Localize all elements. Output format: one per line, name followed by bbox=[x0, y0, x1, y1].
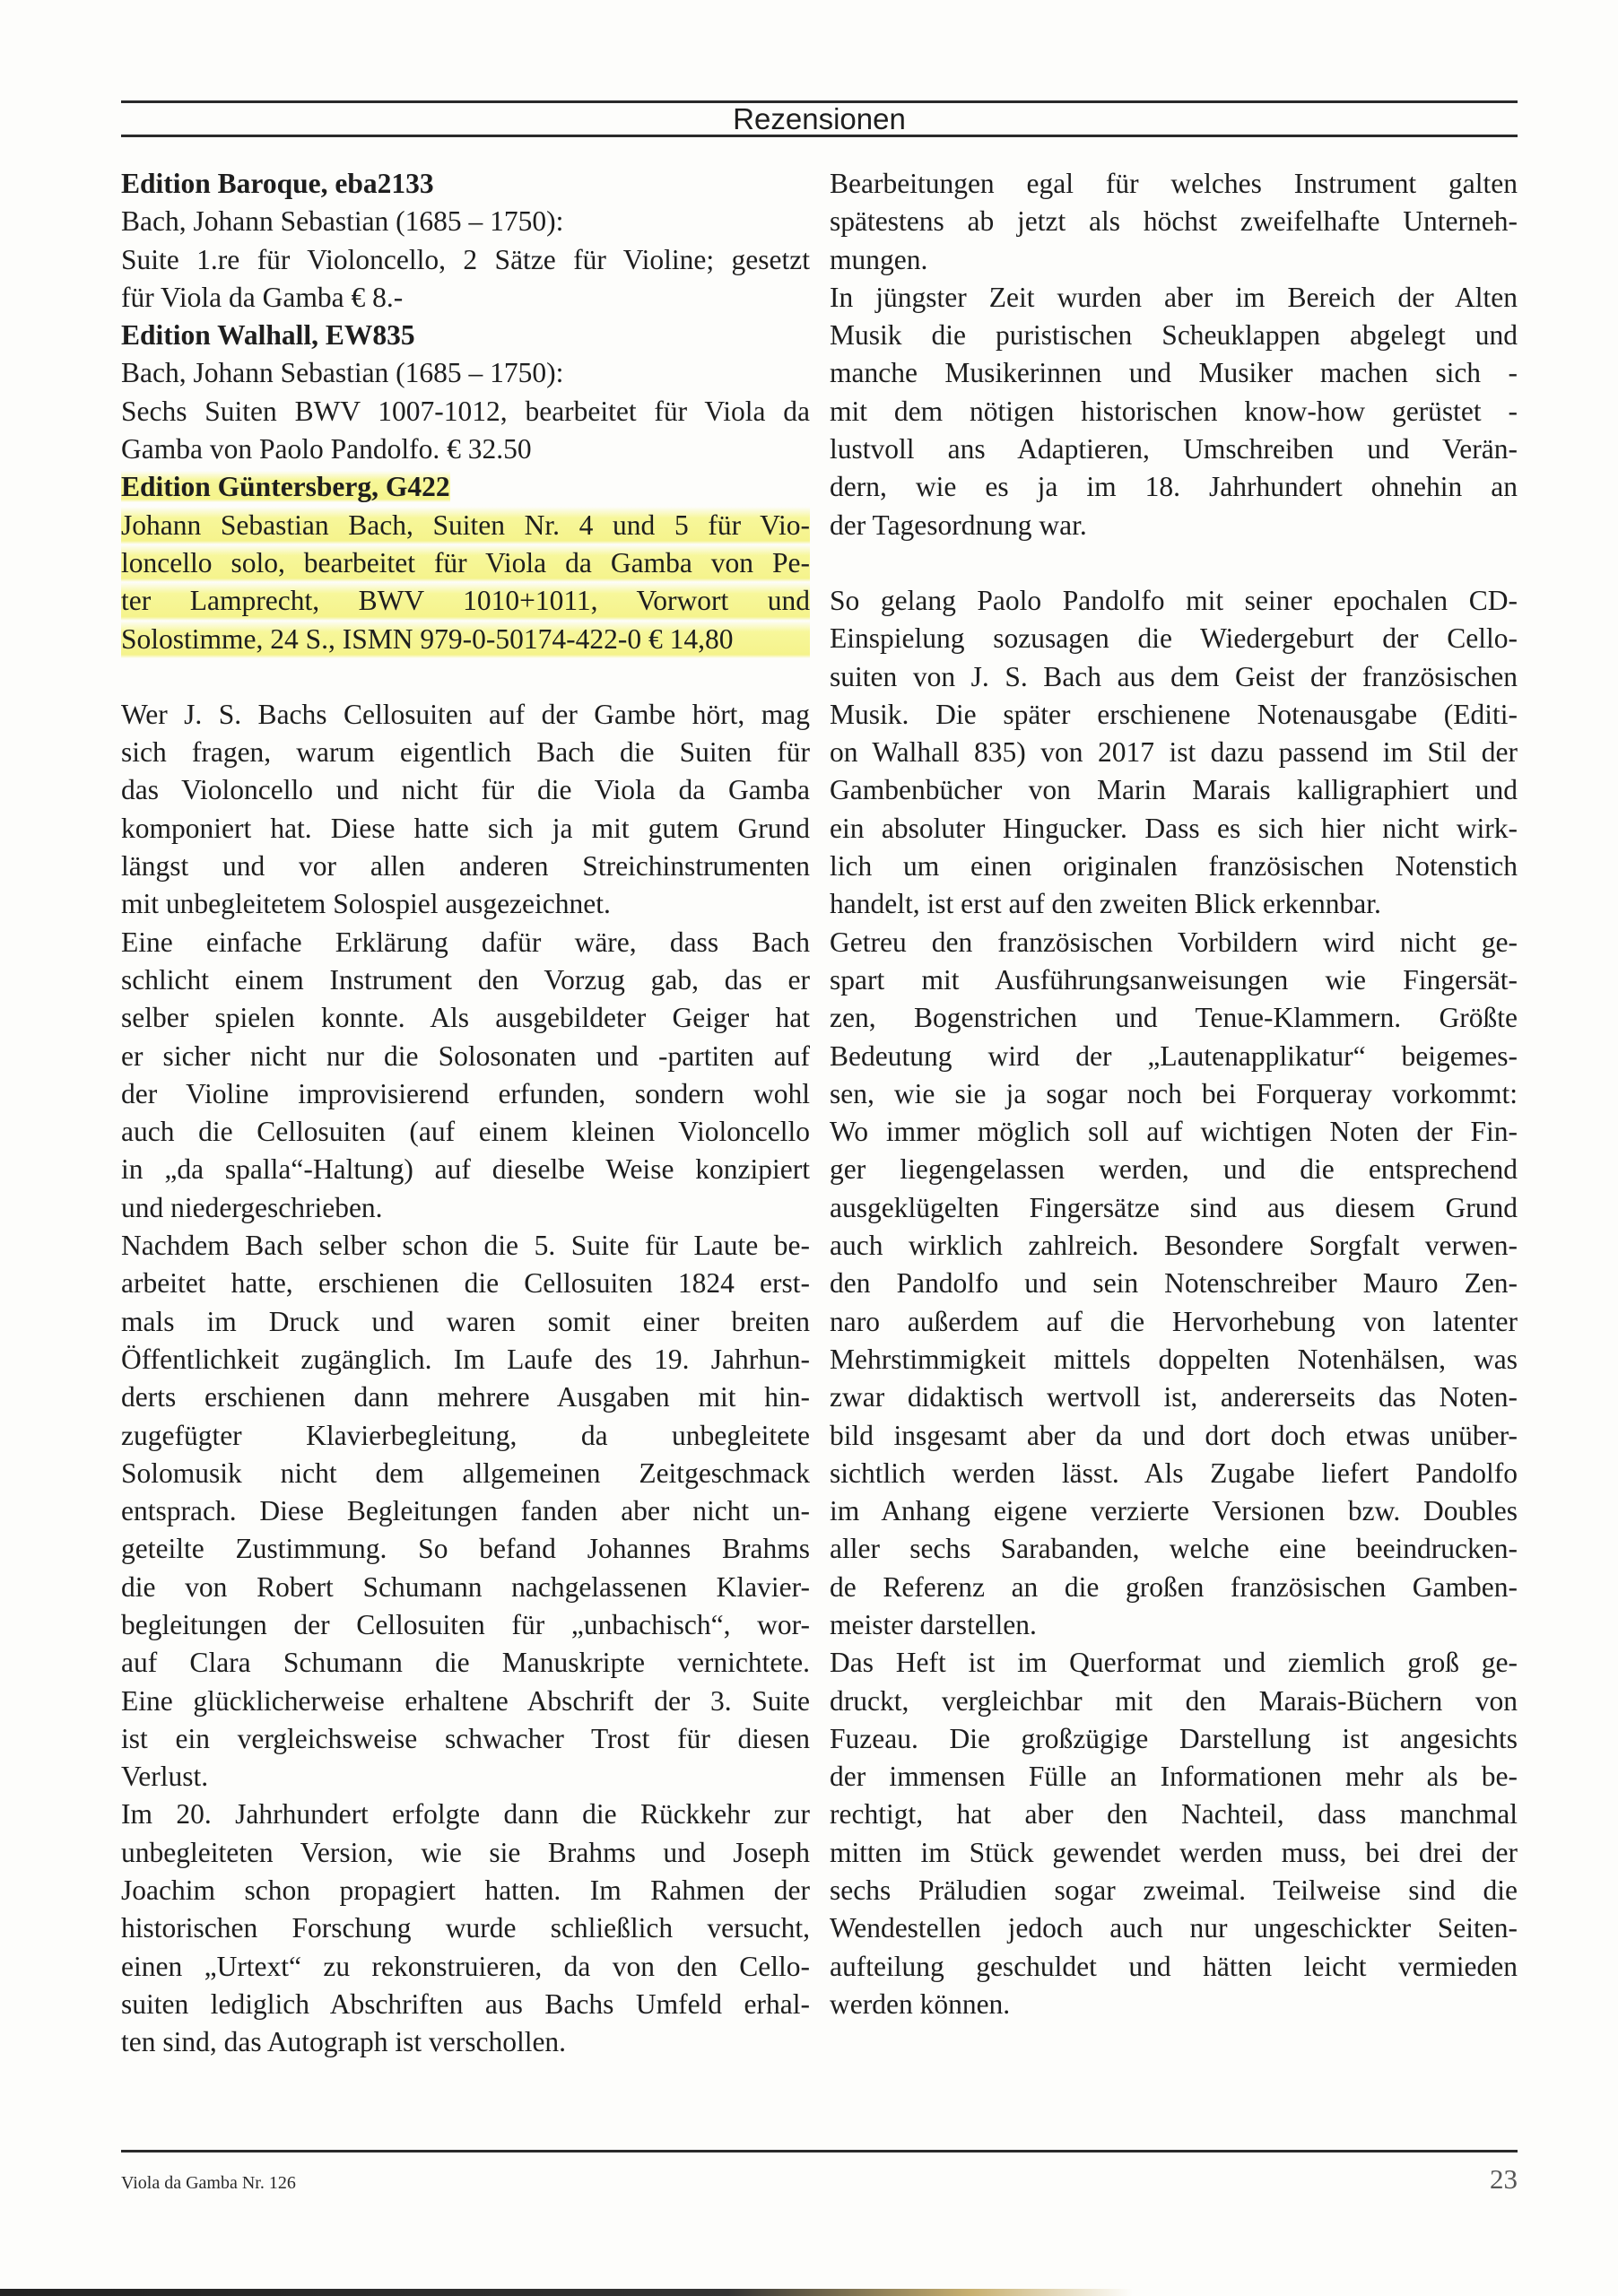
body-line: bild insgesamt aber da und dort doch etw… bbox=[830, 1417, 1518, 1455]
paragraph-spacer bbox=[121, 658, 810, 696]
body-line: spart mit Ausführungsanweisungen wie Fin… bbox=[830, 961, 1518, 999]
body-line: Wo immer möglich soll auf wichtigen Note… bbox=[830, 1113, 1518, 1151]
body-line: Joachim schon propagiert hatten. Im Rahm… bbox=[121, 1872, 810, 1909]
body-line: in „da spalla“-Haltung) auf dieselbe Wei… bbox=[121, 1151, 810, 1188]
body-line: rechtigt, hat aber den Nachteil, dass ma… bbox=[830, 1796, 1518, 1833]
footer-publication: Viola da Gamba Nr. 126 bbox=[121, 2173, 296, 2194]
body-line: ten sind, das Autograph ist verschollen. bbox=[121, 2023, 810, 2061]
body-line: ger liegengelassen werden, und die entsp… bbox=[830, 1151, 1518, 1188]
body-line: Musik die puristischen Scheuklappen abge… bbox=[830, 317, 1518, 354]
highlighted-line: ter Lamprecht, BWV 1010+1011, Vorwort un… bbox=[121, 582, 810, 620]
body-line: im Anhang eigene verzierte Versionen bzw… bbox=[830, 1492, 1518, 1530]
body-line: entsprach. Diese Begleitungen fanden abe… bbox=[121, 1492, 810, 1530]
body-line: ein absoluter Hingucker. Dass es sich hi… bbox=[830, 810, 1518, 848]
body-line: unbegleiteten Version, wie sie Brahms un… bbox=[121, 1834, 810, 1872]
body-line: aufteilung geschuldet und hätten leicht … bbox=[830, 1948, 1518, 1986]
body-line: Das Heft ist im Querformat und ziemlich … bbox=[830, 1644, 1518, 1682]
body-line: Solomusik nicht dem allgemeinen Zeitgesc… bbox=[121, 1455, 810, 1492]
body-line: längst und vor allen anderen Streichinst… bbox=[121, 848, 810, 885]
review-entry-walhall: Edition Walhall, EW835 Bach, Johann Seba… bbox=[121, 317, 810, 468]
body-line: So gelang Paolo Pandolfo mit seiner epoc… bbox=[830, 582, 1518, 620]
body-line: er sicher nicht nur die Solosonaten und … bbox=[121, 1038, 810, 1075]
highlighted-line: Solostimme, 24 S., ISMN 979-0-50174-422-… bbox=[121, 621, 810, 658]
entry-line: Gamba von Paolo Pandolfo. € 32.50 bbox=[121, 430, 810, 468]
body-line: auf Clara Schumann die Manuskripte verni… bbox=[121, 1644, 810, 1682]
body-line: Im 20. Jahrhundert erfolgte dann die Rüc… bbox=[121, 1796, 810, 1833]
highlighted-line: loncello solo, bearbeitet für Viola da G… bbox=[121, 544, 810, 582]
body-line: sen, wie sie ja sogar noch bei Forqueray… bbox=[830, 1075, 1518, 1113]
body-line: Gambenbücher von Marin Marais kalligraph… bbox=[830, 771, 1518, 809]
body-line: arbeitet hatte, erschienen die Cellosuit… bbox=[121, 1265, 810, 1302]
left-column: Edition Baroque, eba2133 Bach, Johann Se… bbox=[121, 165, 810, 2062]
body-line: werden können. bbox=[830, 1986, 1518, 2023]
body-line: begleitungen der Cellosuiten für „unbach… bbox=[121, 1606, 810, 1644]
body-line: mals im Druck und waren somit einer brei… bbox=[121, 1303, 810, 1341]
body-line: geteilte Zustimmung. So befand Johannes … bbox=[121, 1530, 810, 1568]
body-line: In jüngster Zeit wurden aber im Bereich … bbox=[830, 279, 1518, 317]
body-line: manche Musikerinnen und Musiker machen s… bbox=[830, 354, 1518, 392]
body-line: meister darstellen. bbox=[830, 1606, 1518, 1644]
body-line: zwar didaktisch wertvoll ist, anderersei… bbox=[830, 1378, 1518, 1416]
body-line: die von Robert Schumann nachgelassenen K… bbox=[121, 1569, 810, 1606]
body-line: Mehrstimmigkeit mittels doppelten Notenh… bbox=[830, 1341, 1518, 1378]
footer-rule bbox=[121, 2150, 1518, 2152]
highlighted-text: Edition Güntersberg, G422 bbox=[121, 471, 450, 502]
body-line: ausgeklügelten Fingersätze sind aus dies… bbox=[830, 1189, 1518, 1227]
body-line: Bearbeitungen egal für welches Instrumen… bbox=[830, 165, 1518, 203]
body-line: suiten lediglich Abschriften aus Bachs U… bbox=[121, 1986, 810, 2023]
body-line: Musik. Die später erschienene Notenausga… bbox=[830, 696, 1518, 734]
body-line: handelt, ist erst auf den zweiten Blick … bbox=[830, 885, 1518, 923]
body-line: mit dem nötigen historischen know-how ge… bbox=[830, 393, 1518, 430]
body-line: Verlust. bbox=[121, 1758, 810, 1796]
body-line: Wendestellen jedoch auch nur ungeschickt… bbox=[830, 1909, 1518, 1947]
body-line: Einspielung sozusagen die Wiedergeburt d… bbox=[830, 620, 1518, 657]
body-line: der immensen Fülle an Informationen mehr… bbox=[830, 1758, 1518, 1796]
body-line: einen „Urtext“ zu rekonstruieren, da von… bbox=[121, 1948, 810, 1986]
body-line: dern, wie es ja im 18. Jahrhundert ohneh… bbox=[830, 468, 1518, 506]
review-entry-guentersberg-highlighted: Edition Güntersberg, G422 Johann Sebasti… bbox=[121, 468, 810, 657]
body-line: zugefügter Klavierbegleitung, da unbegle… bbox=[121, 1417, 810, 1455]
body-line: lustvoll ans Adaptieren, Umschreiben und… bbox=[830, 430, 1518, 468]
body-line: suiten von J. S. Bach aus dem Geist der … bbox=[830, 658, 1518, 696]
review-body-right-block1: Bearbeitungen egal für welches Instrumen… bbox=[830, 165, 1518, 544]
body-line: zen, Bogenstrichen und Tenue-Klammern. G… bbox=[830, 999, 1518, 1037]
body-line: schlicht einem Instrument den Vorzug gab… bbox=[121, 961, 810, 999]
body-line: auch die Cellosuiten (auf einem kleinen … bbox=[121, 1113, 810, 1151]
body-line: spätestens ab jetzt als höchst zweifelha… bbox=[830, 203, 1518, 240]
body-line: der Violine improvisierend erfunden, son… bbox=[121, 1075, 810, 1113]
section-title: Rezensionen bbox=[121, 102, 1518, 136]
body-line: sich fragen, warum eigentlich Bach die S… bbox=[121, 734, 810, 771]
entry-line: Bach, Johann Sebastian (1685 – 1750): bbox=[121, 203, 810, 240]
body-line: Eine einfache Erklärung dafür wäre, dass… bbox=[121, 924, 810, 961]
highlighted-line: Johann Sebastian Bach, Suiten Nr. 4 und … bbox=[121, 507, 810, 544]
body-line: naro außerdem auf die Hervorhebung von l… bbox=[830, 1303, 1518, 1341]
body-line: Wer J. S. Bachs Cellosuiten auf der Gamb… bbox=[121, 696, 810, 734]
body-line: das Violoncello und nicht für die Viola … bbox=[121, 771, 810, 809]
body-line: on Walhall 835) von 2017 ist dazu passen… bbox=[830, 734, 1518, 771]
body-line: selber spielen konnte. Als ausgebildeter… bbox=[121, 999, 810, 1037]
body-line: mit unbegleitetem Solospiel ausgezeichne… bbox=[121, 885, 810, 923]
review-body-right-block2: So gelang Paolo Pandolfo mit seiner epoc… bbox=[830, 582, 1518, 2023]
review-entry-baroque: Edition Baroque, eba2133 Bach, Johann Se… bbox=[121, 165, 810, 317]
body-line: Getreu den französischen Vorbildern wird… bbox=[830, 924, 1518, 961]
entry-line: Suite 1.re für Violoncello, 2 Sätze für … bbox=[121, 241, 810, 279]
review-body-left: Wer J. S. Bachs Cellosuiten auf der Gamb… bbox=[121, 696, 810, 2062]
body-line: Nachdem Bach selber schon die 5. Suite f… bbox=[121, 1227, 810, 1265]
body-line: Eine glücklicherweise erhaltene Abschrif… bbox=[121, 1683, 810, 1720]
body-line: Fuzeau. Die großzügige Darstellung ist a… bbox=[830, 1720, 1518, 1758]
body-line: mungen. bbox=[830, 241, 1518, 279]
paragraph-spacer bbox=[830, 544, 1518, 582]
body-line: de Referenz an die großen französischen … bbox=[830, 1569, 1518, 1606]
body-line: den Pandolfo und sein Notenschreiber Mau… bbox=[830, 1265, 1518, 1302]
body-line: komponiert hat. Diese hatte sich ja mit … bbox=[121, 810, 810, 848]
body-line: der Tagesordnung war. bbox=[830, 507, 1518, 544]
body-line: und niedergeschrieben. bbox=[121, 1189, 810, 1227]
publisher-heading: Edition Walhall, EW835 bbox=[121, 317, 810, 354]
publisher-heading: Edition Baroque, eba2133 bbox=[121, 165, 810, 203]
right-column: Bearbeitungen egal für welches Instrumen… bbox=[830, 165, 1518, 2023]
entry-line: für Viola da Gamba € 8.- bbox=[121, 279, 810, 317]
body-line: mitten im Stück gewendet werden muss, be… bbox=[830, 1834, 1518, 1872]
body-line: Bedeutung wird der „Lautenapplikatur“ be… bbox=[830, 1038, 1518, 1075]
publisher-heading: Edition Güntersberg, G422 bbox=[121, 468, 810, 506]
body-line: sichtlich werden lässt. Als Zugabe liefe… bbox=[830, 1455, 1518, 1492]
body-line: sechs Präludien sogar zweimal. Teilweise… bbox=[830, 1872, 1518, 1909]
body-line: aller sechs Sarabanden, welche eine beei… bbox=[830, 1530, 1518, 1568]
body-line: auch wirklich zahlreich. Besondere Sorgf… bbox=[830, 1227, 1518, 1265]
body-line: historischen Forschung wurde schließlich… bbox=[121, 1909, 810, 1947]
entry-line: Sechs Suiten BWV 1007-1012, bearbeitet f… bbox=[121, 393, 810, 430]
body-line: lich um einen originalen französischen N… bbox=[830, 848, 1518, 885]
body-line: Öffentlichkeit zugänglich. Im Laufe des … bbox=[121, 1341, 810, 1378]
body-line: derts erschienen dann mehrere Ausgaben m… bbox=[121, 1378, 810, 1416]
entry-line: Bach, Johann Sebastian (1685 – 1750): bbox=[121, 354, 810, 392]
body-line: ist ein vergleichsweise schwacher Trost … bbox=[121, 1720, 810, 1758]
header-rule-bottom bbox=[121, 135, 1518, 137]
scan-edge-strip bbox=[0, 2289, 1618, 2296]
page-number: 23 bbox=[1490, 2163, 1518, 2196]
body-line: druckt, vergleichbar mit den Marais-Büch… bbox=[830, 1683, 1518, 1720]
